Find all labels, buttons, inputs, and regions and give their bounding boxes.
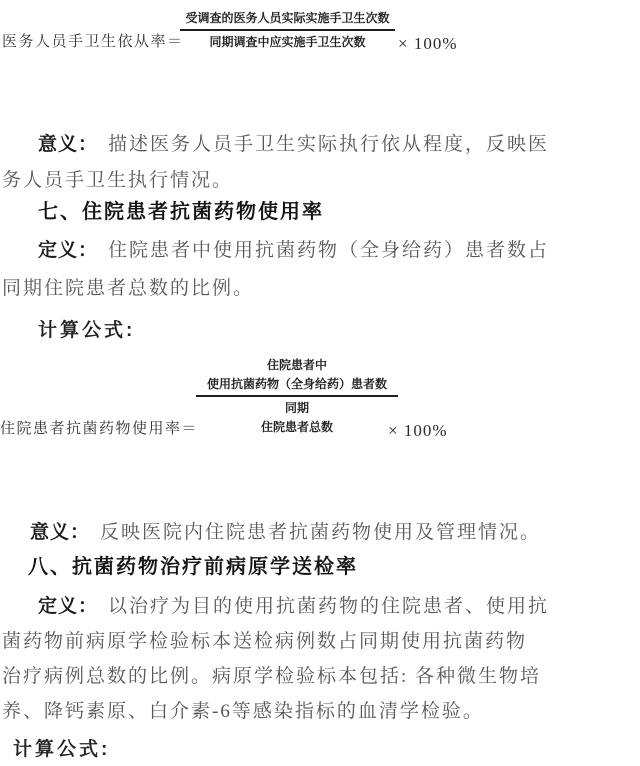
- meaning-text: 反映医院内住院患者抗菌药物使用及管理情况。: [100, 522, 541, 543]
- section-8-heading: 八、抗菌药物治疗前病原学送检率: [28, 554, 358, 580]
- document-page: 医务人员手卫生依从率＝ 受调查的医务人员实际实施手卫生次数 同期调查中应实施手卫…: [0, 0, 640, 766]
- section-8-calc-formula-label: 计算公式:: [13, 734, 110, 761]
- numerator-line-1: 住院患者中: [198, 356, 396, 375]
- section-7-meaning-line: 意义：反映医院内住院患者抗菌药物使用及管理情况。: [30, 521, 541, 545]
- definition-text: 以治疗为目的使用抗菌药物的住院患者、使用抗: [108, 596, 549, 617]
- definition-text: 住院患者中使用抗菌药物（全身给药）患者数占: [108, 240, 549, 261]
- definition-label: 定义：: [38, 240, 98, 261]
- section-7-definition-line-2: 同期住院患者总数的比例。: [2, 277, 254, 301]
- hand-hygiene-meaning-line-2: 务人员手卫生执行情况。: [2, 169, 233, 193]
- hand-hygiene-formula-times-100: × 100%: [398, 34, 458, 54]
- antibiotic-formula-times-100: × 100%: [388, 421, 448, 441]
- antibiotic-formula-lhs: 住院患者抗菌药物使用率＝: [0, 419, 198, 439]
- section-7-definition-line-1: 定义：住院患者中使用抗菌药物（全身给药）患者数占: [38, 239, 549, 263]
- antibiotic-fraction-denominator: 同期 住院患者总数: [196, 397, 398, 437]
- hand-hygiene-fraction-denominator: 同期调查中应实施手卫生次数: [180, 31, 395, 52]
- section-8-definition-line-4: 养、降钙素原、白介素-6等感染指标的血清学检验。: [2, 700, 484, 724]
- denominator-line-1: 同期: [196, 399, 398, 418]
- section-7-heading: 七、住院患者抗菌药物使用率: [38, 199, 324, 225]
- meaning-label: 意义：: [38, 134, 98, 155]
- section-8-definition-line-2: 菌药物前病原学检验标本送检病例数占同期使用抗菌药物: [2, 630, 527, 654]
- section-8-definition-line-3: 治疗病例总数的比例。病原学检验标本包括: 各种微生物培: [2, 665, 541, 689]
- hand-hygiene-fraction-numerator: 受调查的医务人员实际实施手卫生次数: [180, 9, 395, 31]
- section-7-calc-formula-label: 计算公式:: [38, 315, 135, 342]
- antibiotic-fraction-numerator: 住院患者中 使用抗菌药物（全身给药）患者数: [196, 356, 398, 397]
- hand-hygiene-formula-fraction: 受调查的医务人员实际实施手卫生次数 同期调查中应实施手卫生次数: [180, 9, 395, 52]
- definition-label: 定义：: [38, 596, 98, 617]
- section-8-definition-line-1: 定义：以治疗为目的使用抗菌药物的住院患者、使用抗: [38, 595, 549, 619]
- hand-hygiene-formula-lhs: 医务人员手卫生依从率＝: [2, 32, 184, 52]
- meaning-label: 意义：: [30, 522, 90, 543]
- hand-hygiene-meaning-line-1: 意义：描述医务人员手卫生实际执行依从程度，反映医: [38, 133, 549, 157]
- denominator-line-2: 住院患者总数: [196, 418, 398, 437]
- meaning-text: 描述医务人员手卫生实际执行依从程度，反映医: [108, 134, 549, 155]
- antibiotic-formula-fraction: 住院患者中 使用抗菌药物（全身给药）患者数 同期 住院患者总数: [196, 356, 398, 437]
- numerator-line-2: 使用抗菌药物（全身给药）患者数: [198, 375, 396, 394]
